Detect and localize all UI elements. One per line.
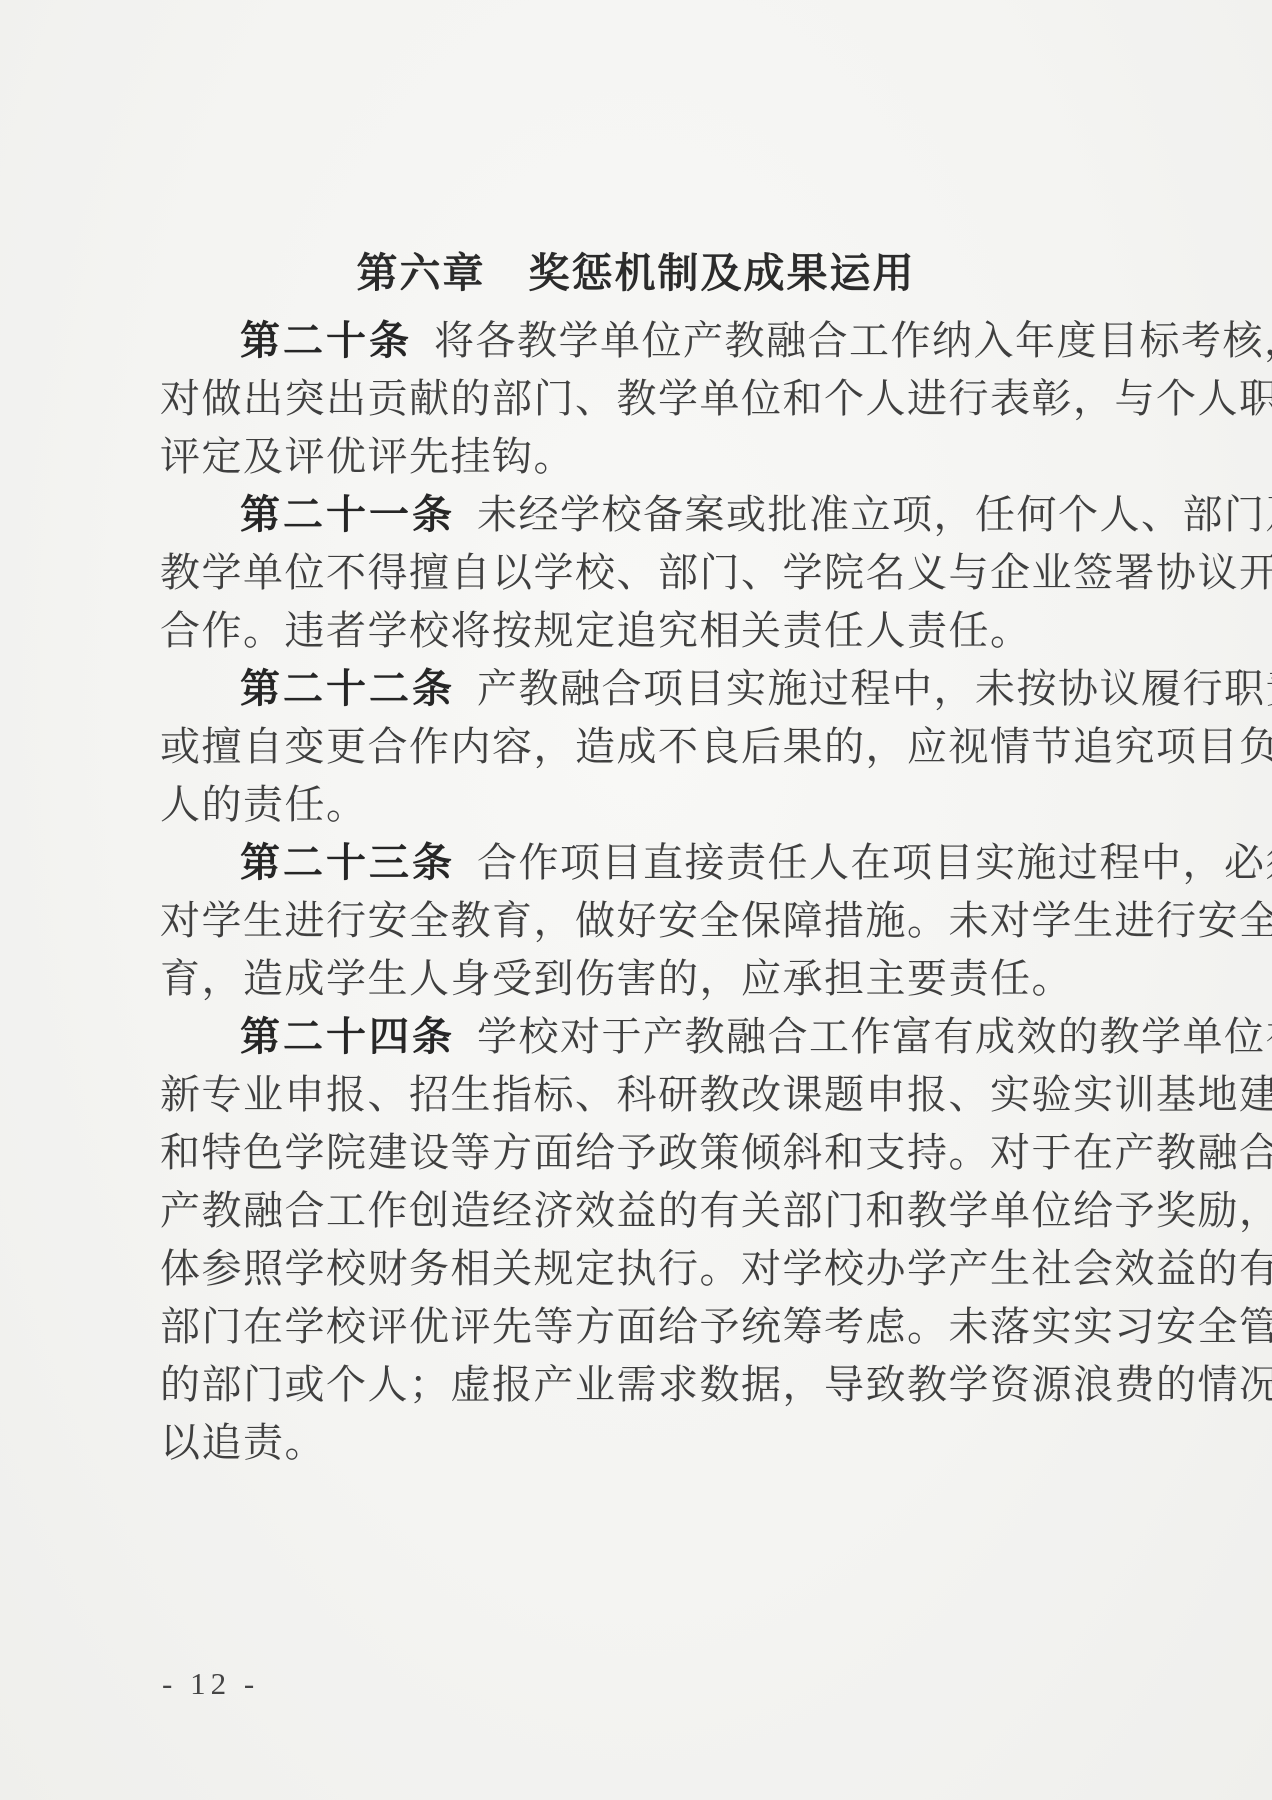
document-line: 第二十二条产教融合项目实施过程中，未按协议履行职责	[160, 660, 1135, 718]
article-first-line-text: 将各教学单位产教融合工作纳入年度目标考核，	[434, 318, 1272, 363]
article-number: 第二十三条	[240, 840, 455, 885]
document-line: 第二十三条合作项目直接责任人在项目实施过程中，必须	[160, 834, 1135, 892]
document-line: 第二十条将各教学单位产教融合工作纳入年度目标考核，	[160, 312, 1135, 370]
chapter-title: 第六章 奖惩机制及成果运用	[0, 240, 1272, 299]
document-line: 或擅自变更合作内容，造成不良后果的，应视情节追究项目负责	[160, 718, 1135, 776]
article-number: 第二十四条	[240, 1014, 455, 1059]
document-line: 以追责。	[160, 1414, 1135, 1472]
article-number: 第二十一条	[240, 492, 455, 537]
document-line: 对学生进行安全教育，做好安全保障措施。未对学生进行安全教	[160, 892, 1135, 950]
article-first-line-text: 未经学校备案或批准立项，任何个人、部门及	[477, 492, 1272, 537]
document-line: 教学单位不得擅自以学校、部门、学院名义与企业签署协议开展	[160, 544, 1135, 602]
document-line: 合作。违者学校将按规定追究相关责任人责任。	[160, 602, 1135, 660]
document-line: 产教融合工作创造经济效益的有关部门和教学单位给予奖励，具	[160, 1182, 1135, 1240]
document-line: 第二十四条学校对于产教融合工作富有成效的教学单位在	[160, 1008, 1135, 1066]
document-page: 第六章 奖惩机制及成果运用 第二十条将各教学单位产教融合工作纳入年度目标考核，对…	[0, 0, 1272, 1800]
document-line: 体参照学校财务相关规定执行。对学校办学产生社会效益的有关	[160, 1240, 1135, 1298]
article-first-line-text: 产教融合项目实施过程中，未按协议履行职责	[477, 666, 1272, 711]
document-line: 评定及评优评先挂钩。	[160, 428, 1135, 486]
document-line: 第二十一条未经学校备案或批准立项，任何个人、部门及	[160, 486, 1135, 544]
document-line: 的部门或个人；虚报产业需求数据，导致教学资源浪费的情况予	[160, 1356, 1135, 1414]
article-number: 第二十条	[240, 318, 412, 363]
document-line: 人的责任。	[160, 776, 1135, 834]
document-line: 部门在学校评优评先等方面给予统筹考虑。未落实实习安全管理	[160, 1298, 1135, 1356]
document-line: 育，造成学生人身受到伤害的，应承担主要责任。	[160, 950, 1135, 1008]
document-line: 新专业申报、招生指标、科研教改课题申报、实验实训基地建设	[160, 1066, 1135, 1124]
document-lines: 第二十条将各教学单位产教融合工作纳入年度目标考核，对做出突出贡献的部门、教学单位…	[160, 312, 1135, 1472]
page-number: - 12 -	[162, 1666, 259, 1702]
document-line: 对做出突出贡献的部门、教学单位和个人进行表彰，与个人职称	[160, 370, 1135, 428]
article-first-line-text: 合作项目直接责任人在项目实施过程中，必须	[477, 840, 1272, 885]
document-line: 和特色学院建设等方面给予政策倾斜和支持。对于在产教融合与	[160, 1124, 1135, 1182]
article-number: 第二十二条	[240, 666, 455, 711]
article-first-line-text: 学校对于产教融合工作富有成效的教学单位在	[477, 1014, 1272, 1059]
